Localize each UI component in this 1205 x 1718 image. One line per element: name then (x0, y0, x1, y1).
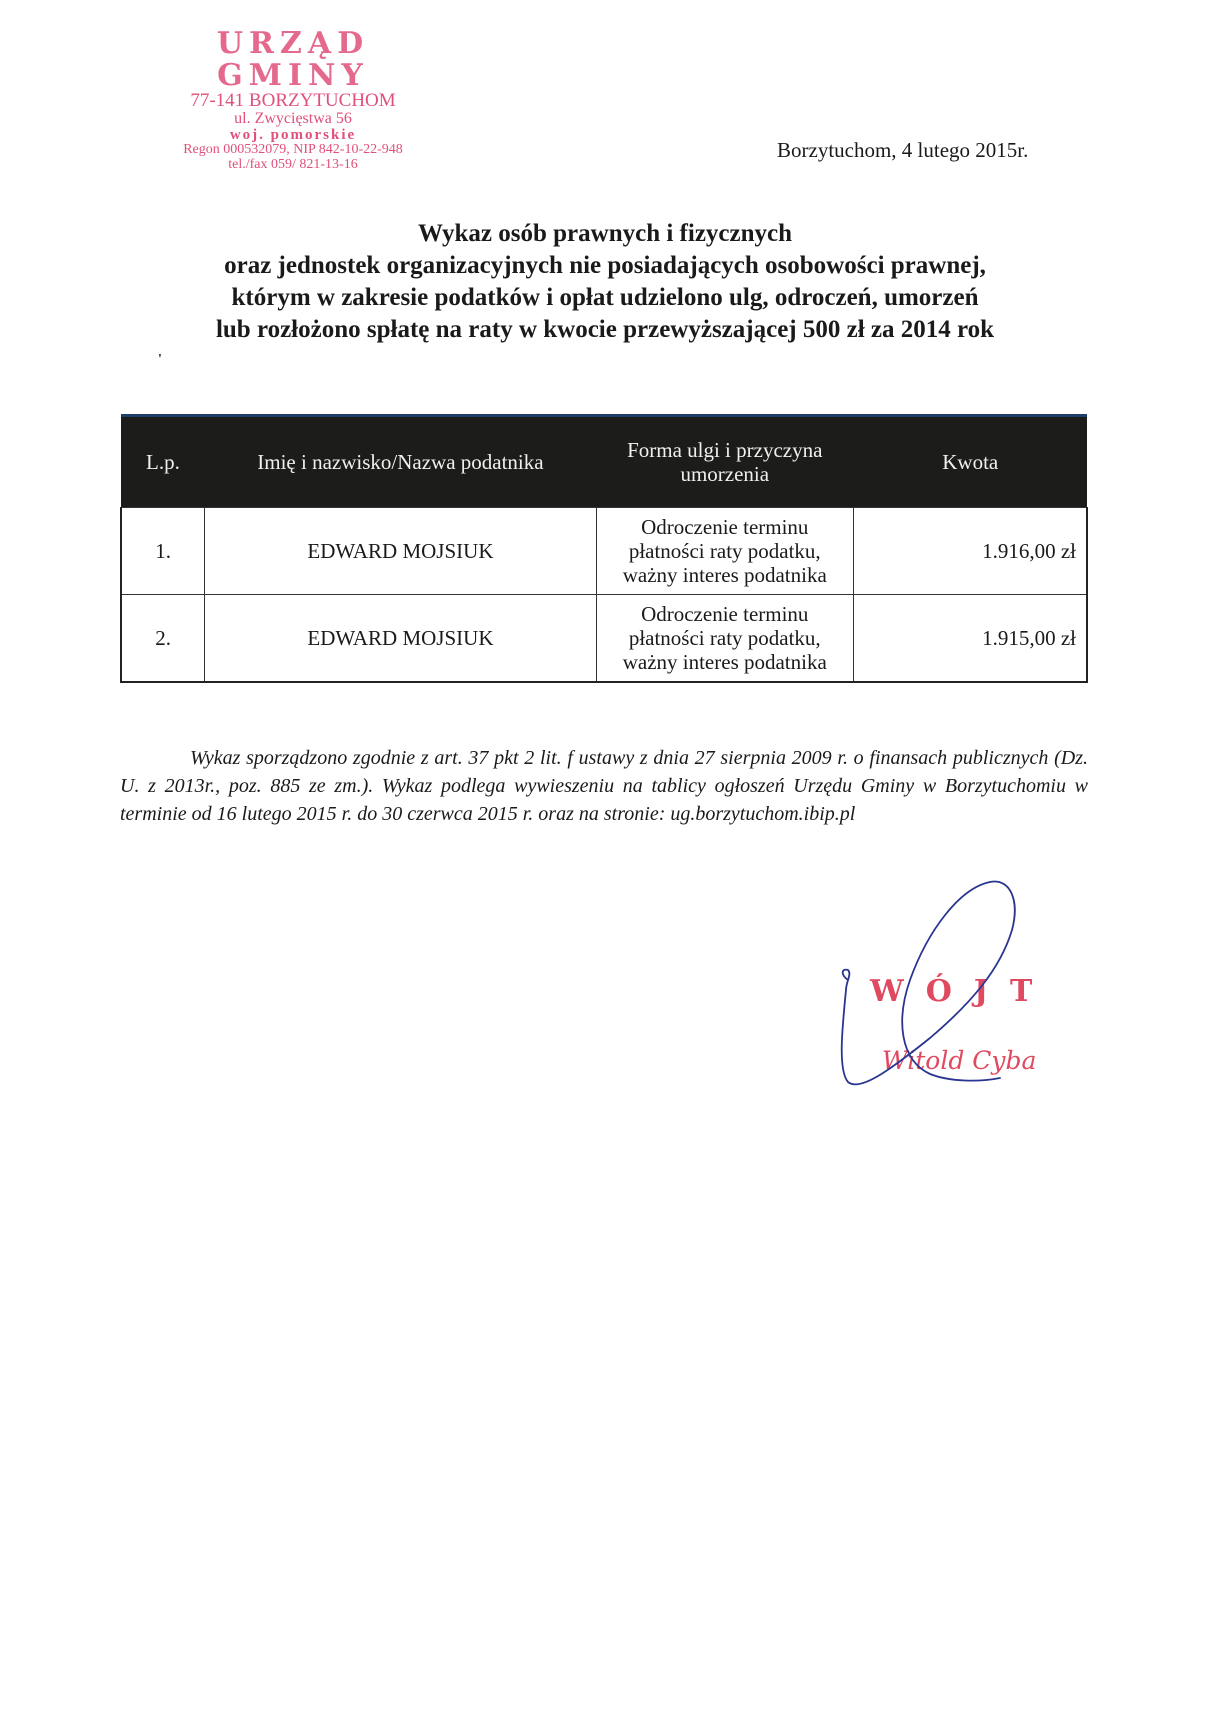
relief-table: L.p. Imię i nazwisko/Nazwa podatnika For… (120, 414, 1088, 683)
header-name: Imię i nazwisko/Nazwa podatnika (205, 416, 596, 508)
stamp-ids: Regon 000532079, NIP 842-10-22-948 (148, 143, 438, 158)
table-row: 1. EDWARD MOJSIUK Odroczenie terminu pła… (121, 508, 1087, 595)
document-date: Borzytuchom, 4 lutego 2015r. (777, 138, 1028, 163)
cell-amount: 1.915,00 zł (853, 595, 1087, 683)
cell-lp: 1. (121, 508, 205, 595)
cell-amount: 1.916,00 zł (853, 508, 1087, 595)
stamp-phone: tel./fax 059/ 821-13-16 (148, 158, 438, 173)
office-stamp: URZĄD GMINY 77-141 BORZYTUCHOM ul. Zwyci… (148, 28, 438, 173)
title-line: oraz jednostek organizacyjnych nie posia… (120, 250, 1090, 282)
signature-block: WÓJT Witold Cyba (820, 870, 1080, 1110)
legal-note-text: Wykaz sporządzono zgodnie z art. 37 pkt … (120, 744, 1088, 828)
cell-lp: 2. (121, 595, 205, 683)
title-line: lub rozłożono spłatę na raty w kwocie pr… (120, 314, 1090, 346)
stray-mark: ' (158, 352, 162, 368)
legal-note: Wykaz sporządzono zgodnie z art. 37 pkt … (120, 744, 1088, 828)
header-reason: Forma ulgi i przyczyna umorzenia (596, 416, 853, 508)
title-line: Wykaz osób prawnych i fizycznych (120, 218, 1090, 250)
cell-reason: Odroczenie terminu płatności raty podatk… (596, 595, 853, 683)
header-lp: L.p. (121, 416, 205, 508)
document-title: Wykaz osób prawnych i fizycznych oraz je… (120, 218, 1090, 346)
handwritten-signature-icon (820, 870, 1080, 1110)
cell-reason: Odroczenie terminu płatności raty podatk… (596, 508, 853, 595)
table-header-row: L.p. Imię i nazwisko/Nazwa podatnika For… (121, 416, 1087, 508)
stamp-title: URZĄD GMINY (148, 28, 438, 91)
stamp-street: ul. Zwycięstwa 56 (148, 111, 438, 128)
cell-name: EDWARD MOJSIUK (205, 508, 596, 595)
stamp-region: woj. pomorskie (148, 128, 438, 144)
header-amount: Kwota (853, 416, 1087, 508)
stamp-postal: 77-141 BORZYTUCHOM (148, 91, 438, 111)
cell-name: EDWARD MOJSIUK (205, 595, 596, 683)
table-row: 2. EDWARD MOJSIUK Odroczenie terminu pła… (121, 595, 1087, 683)
title-line: którym w zakresie podatków i opłat udzie… (120, 282, 1090, 314)
